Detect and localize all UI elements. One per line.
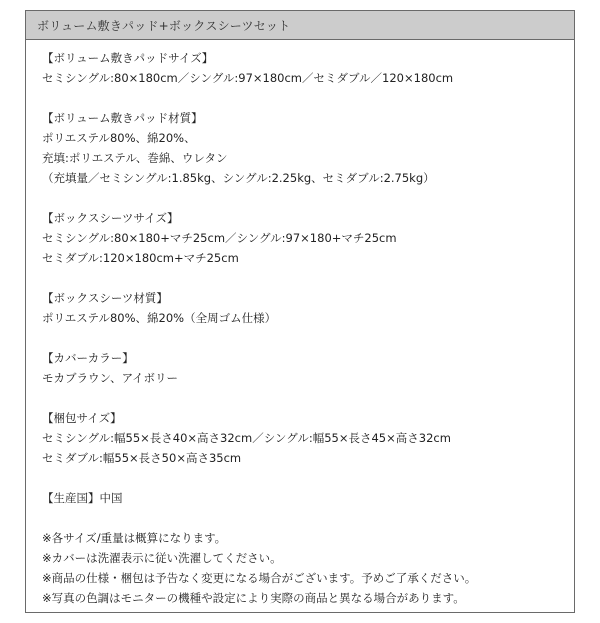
note-line: ※各サイズ/重量は概算になります。 — [42, 528, 574, 548]
spec-line: セミダブル:幅55×長さ50×高さ35cm — [42, 448, 574, 468]
section-heading: 【ボックスシーツ材質】 — [42, 288, 574, 308]
section-package-size: 【梱包サイズ】 セミシングル:幅55×長さ40×高さ32cm／シングル:幅55×… — [42, 408, 574, 468]
section-cover-color: 【カバーカラー】 モカブラウン、アイボリー — [42, 348, 574, 388]
section-heading: 【ボリューム敷きパッド材質】 — [42, 108, 574, 128]
section-sheet-material: 【ボックスシーツ材質】 ポリエステル80%、綿20%（全周ゴム仕様） — [42, 288, 574, 328]
spec-content: 【ボリューム敷きパッドサイズ】 セミシングル:80×180cm／シングル:97×… — [26, 40, 574, 608]
spec-line: ポリエステル80%、綿20%（全周ゴム仕様） — [42, 308, 574, 328]
section-pad-material: 【ボリューム敷きパッド材質】 ポリエステル80%、綿20%、 充填:ポリエステル… — [42, 108, 574, 188]
notes: ※各サイズ/重量は概算になります。 ※カバーは洗濯表示に従い洗濯してください。 … — [42, 528, 574, 608]
section-heading: 【生産国】中国 — [42, 488, 574, 508]
section-origin: 【生産国】中国 — [42, 488, 574, 508]
note-line: ※商品の仕様・梱包は予告なく変更になる場合がございます。予めご了承ください。 — [42, 568, 574, 588]
spec-line: ポリエステル80%、綿20%、 — [42, 128, 574, 148]
spec-line: セミシングル:80×180+マチ25cm／シングル:97×180+マチ25cm — [42, 228, 574, 248]
spec-header: ボリューム敷きパッド+ボックスシーツセット — [26, 11, 574, 40]
section-sheet-size: 【ボックスシーツサイズ】 セミシングル:80×180+マチ25cm／シングル:9… — [42, 208, 574, 268]
note-line: ※写真の色調はモニターの機種や設定により実際の商品と異なる場合があります。 — [42, 588, 574, 608]
note-line: ※カバーは洗濯表示に従い洗濯してください。 — [42, 548, 574, 568]
section-pad-size: 【ボリューム敷きパッドサイズ】 セミシングル:80×180cm／シングル:97×… — [42, 48, 574, 88]
spec-line: 充填:ポリエステル、巻綿、ウレタン — [42, 148, 574, 168]
section-heading: 【カバーカラー】 — [42, 348, 574, 368]
spec-line: モカブラウン、アイボリー — [42, 368, 574, 388]
spec-line: セミシングル:80×180cm／シングル:97×180cm／セミダブル／120×… — [42, 68, 574, 88]
product-spec-table: ボリューム敷きパッド+ボックスシーツセット 【ボリューム敷きパッドサイズ】 セミ… — [25, 10, 575, 613]
spec-title: ボリューム敷きパッド+ボックスシーツセット — [37, 17, 290, 34]
section-heading: 【ボックスシーツサイズ】 — [42, 208, 574, 228]
spec-line: （充填量／セミシングル:1.85kg、シングル:2.25kg、セミダブル:2.7… — [42, 168, 574, 188]
spec-line: セミシングル:幅55×長さ40×高さ32cm／シングル:幅55×長さ45×高さ3… — [42, 428, 574, 448]
section-heading: 【ボリューム敷きパッドサイズ】 — [42, 48, 574, 68]
spec-line: セミダブル:120×180cm+マチ25cm — [42, 248, 574, 268]
section-heading: 【梱包サイズ】 — [42, 408, 574, 428]
